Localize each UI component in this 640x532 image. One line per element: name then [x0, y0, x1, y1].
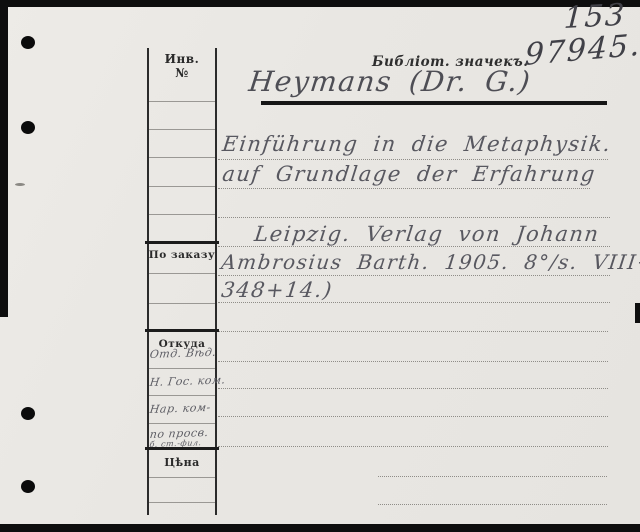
ink-smudge: [15, 183, 25, 186]
ledger-row-line: [149, 368, 215, 369]
ledger-row-line: [149, 101, 215, 102]
title-line-1: Einführung in die Metaphysik.: [221, 132, 613, 156]
ledger-row-line: [149, 157, 215, 158]
writing-rule: [378, 504, 607, 505]
writing-rule: [378, 476, 607, 477]
imprint-line-2: Ambrosius Barth. 1905. 8°/s. VIII+: [220, 250, 640, 274]
ledger-row-line: [149, 214, 215, 215]
ledger-row-line: [149, 273, 215, 274]
punch-hole-mark: [21, 121, 35, 134]
ledger-section-divider: [145, 329, 219, 332]
scan-edge-right-mark: [635, 303, 640, 323]
ledger-row-line: [149, 395, 215, 396]
writing-rule: [218, 217, 610, 218]
author-name: Heymans (Dr. G.): [247, 65, 533, 98]
origin-note: Нар. ком-: [149, 401, 212, 416]
writing-rule: [218, 331, 608, 332]
ledger-column-right-rule: [215, 48, 217, 515]
punch-hole-mark: [21, 36, 35, 49]
imprint-line-3: 348+14.): [220, 278, 334, 302]
imprint-line-1: Leipzig. Verlag von Johann: [253, 222, 601, 246]
scan-edge-bottom: [0, 524, 640, 532]
writing-rule: [218, 275, 610, 276]
ledger-row-line: [149, 186, 215, 187]
punch-hole-mark: [21, 407, 35, 420]
library-stamp-number: 97945.: [524, 28, 640, 73]
writing-rule: [218, 188, 590, 189]
order-label: По заказу: [147, 249, 217, 261]
writing-rule: [218, 416, 608, 417]
ledger-section-divider: [145, 447, 219, 450]
scan-edge-left: [0, 0, 8, 317]
scan-edge-top: [0, 0, 640, 7]
inventory-label: Инв.: [147, 52, 217, 66]
writing-rule: [218, 246, 610, 247]
author-underline: [261, 101, 607, 105]
ledger-row-line: [149, 477, 215, 478]
writing-rule: [218, 302, 610, 303]
origin-note: Н. Гос. ком.: [149, 373, 226, 389]
ledger-section-divider: [145, 241, 219, 244]
title-line-2: auf Grundlage der Erfahrung: [221, 162, 597, 186]
punch-hole-mark: [21, 480, 35, 493]
ledger-row-line: [149, 303, 215, 304]
inventory-number-sign: №: [147, 66, 217, 80]
writing-rule: [218, 388, 608, 389]
writing-rule: [218, 361, 608, 362]
writing-rule: [218, 159, 608, 160]
ledger-row-line: [149, 423, 215, 424]
ledger-row-line: [149, 129, 215, 130]
origin-note: Отд. Вѣд.: [149, 346, 217, 361]
ledger-row-line: [149, 502, 215, 503]
library-catalog-card-scan: 153 Библіот. значекъ. 97945. Heymans (Dr…: [0, 0, 640, 532]
price-label: Цѣна: [147, 456, 217, 469]
writing-rule: [218, 446, 608, 447]
